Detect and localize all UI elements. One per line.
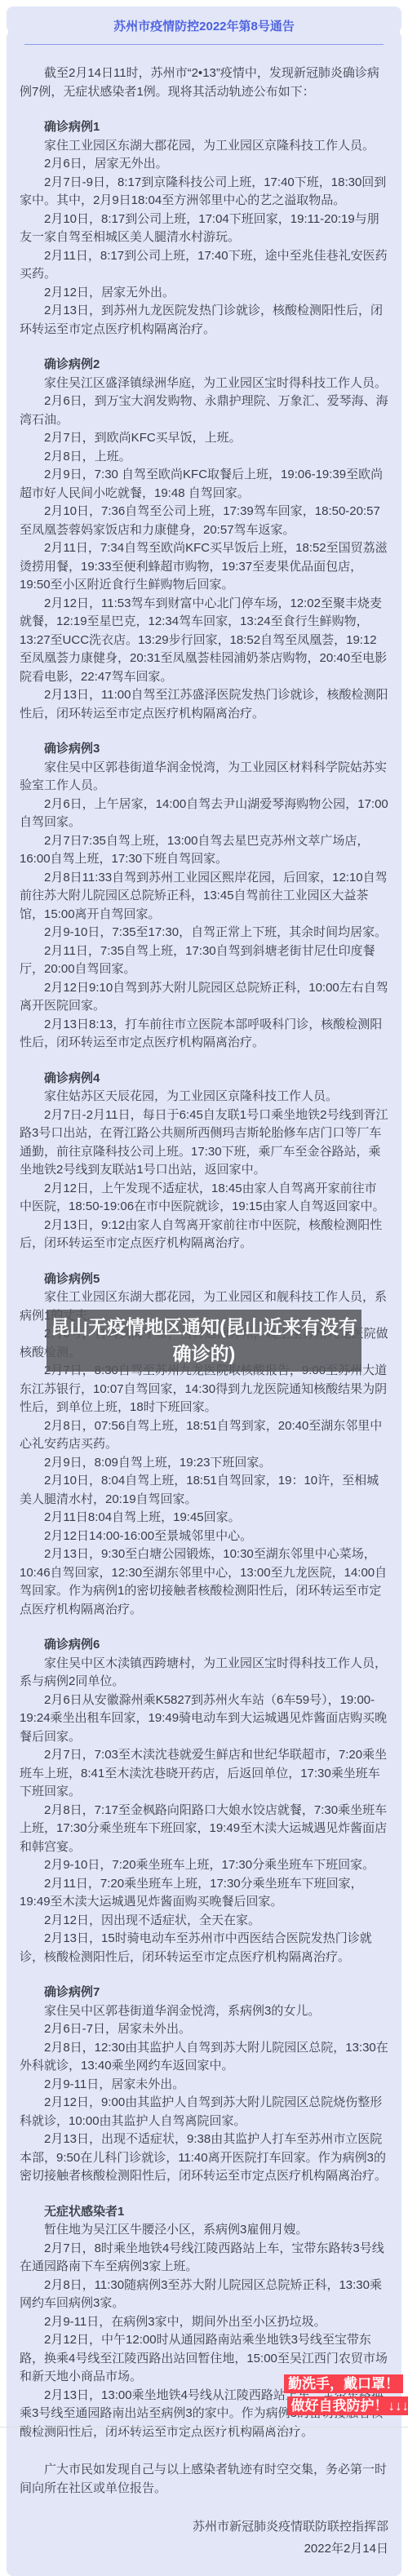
notice-card: 苏州市疫情防控2022年第8号通告 截至2月14日11时，苏州市“2•13”疫情… xyxy=(7,7,401,2576)
track-paragraph: 2月9日，8:09自驾上班，19:23下班回家。 xyxy=(20,1454,388,1473)
track-paragraph: 家住吴中区木渎镇西跨塘村，为工业园区宝时得科技工作人员，系与病例2同单位。 xyxy=(20,1655,388,1691)
track-paragraph: 家住姑苏区天辰花园，为工业园区京隆科技工作人员。 xyxy=(20,1088,388,1106)
track-paragraph: 家住吴江区盛泽镇绿洲华庭，为工业园区宝时得科技工作人员。 xyxy=(20,375,388,393)
track-paragraph: 2月8日，12:30由其监护人自驾到苏大附儿院园区总院，13:30在外科就诊，1… xyxy=(20,2039,388,2076)
track-paragraph: 2月11日8:04自驾上班，19:45回家。 xyxy=(20,1509,388,1527)
case-section: 确诊病例1家住工业园区东湖大郡花园，为工业园区京隆科技工作人员。2月6日，居家无… xyxy=(20,118,388,339)
track-paragraph: 2月10日，7:36自驾至公司上班，17:39驾车回家，18:50-20:57至… xyxy=(20,503,388,539)
case-section: 确诊病例4家住姑苏区天辰花园，为工业园区京隆科技工作人员。2月7日-2月11日，… xyxy=(20,1070,388,1253)
track-paragraph: 家住吴中区郭巷街道华润金悦湾，为工业园区材料科学院姑苏实验室工作人员。 xyxy=(20,759,388,796)
track-paragraph: 2月11日，8:17到公司上班，17:40下班，途中至兆佳巷礼安医药买药。 xyxy=(20,247,388,284)
case-section: 确诊病例3家住吴中区郭巷街道华润金悦湾，为工业园区材料科学院姑苏实验室工作人员。… xyxy=(20,740,388,1053)
track-paragraph: 2月9-11日，居家未外出。 xyxy=(20,2076,388,2095)
track-paragraph: 2月9-10日，7:20乘坐班车上班，17:30分乘坐班车下班回家。 xyxy=(20,1856,388,1875)
track-paragraph: 2月11日，7:35自驾上班，17:30自驾到斜塘老街甘尼仕印度餐厅，20:00… xyxy=(20,942,388,979)
section-heading: 确诊病例7 xyxy=(20,1984,388,2002)
section-heading: 确诊病例2 xyxy=(20,356,388,375)
left-notch-decor xyxy=(0,25,8,38)
track-paragraph: 2月12日，9:00由其监护人自驾到苏大附儿院园区总院烧伤整形科就诊，10:00… xyxy=(20,2094,388,2130)
track-paragraph: 2月7日7:35自驾上班，13:00自驾去星巴克苏州文萃广场店，16:00自驾上… xyxy=(20,832,388,869)
track-paragraph: 2月12日，居家无外出。 xyxy=(20,284,388,303)
badge-wash-hands: 勤洗手，戴口罩！ xyxy=(284,2374,403,2393)
track-paragraph: 2月7日-2月11日，每日于6:45自友联1号口乘坐地铁2号线到胥江路3号口出站… xyxy=(20,1106,388,1180)
track-paragraph: 2月8日，11:30随病例3至苏大附儿院园区总院矫正科，13:30乘网约车回病例… xyxy=(20,2277,388,2313)
case-sections: 确诊病例1家住工业园区东湖大郡花园，为工业园区京隆科技工作人员。2月6日，居家无… xyxy=(20,118,388,2441)
track-paragraph: 暂住地为吴江区牛腰泾小区，系病例3雇佣月嫂。 xyxy=(20,2221,388,2240)
track-paragraph: 2月11日，7:34自驾至欧尚KFC买早饭后上班，18:52至国贸荔滋烫捞用餐，… xyxy=(20,539,388,595)
track-paragraph: 2月13日，15时骑电动车至苏州市中西医结合医院发热门诊就诊，核酸检测阳性后，闭… xyxy=(20,1930,388,1966)
track-paragraph: 2月13日，9:30至白塘公园锻炼，10:30至湖东邻里中心菜场，10:46自驾… xyxy=(20,1545,388,1619)
track-paragraph: 家住吴中区郭巷街道华润金悦湾，系病例3的女儿。 xyxy=(20,2002,388,2021)
track-paragraph: 2月7日，7:03至木渎沈巷就爱生鲜店和世纪华联超市，7:20乘坐班车上班，8:… xyxy=(20,1746,388,1802)
reminder-badges: 勤洗手，戴口罩！ 做好自我防护！↓↓↓ xyxy=(284,2374,408,2419)
track-paragraph: 2月10日，8:17到公司上班，17:04下班回家，19:11-20:19与朋友… xyxy=(20,211,388,247)
section-heading: 确诊病例3 xyxy=(20,740,388,759)
section-heading: 确诊病例4 xyxy=(20,1070,388,1088)
track-paragraph: 2月13日，出现不适症状，9:38由其监护人打车至苏州市立医院本部，9:50在儿… xyxy=(20,2130,388,2186)
right-notch-decor xyxy=(400,25,408,38)
track-paragraph: 2月6日，上午居家，14:00自驾去尹山湖爱琴海购物公园，17:00自驾回家。 xyxy=(20,796,388,832)
track-paragraph: 2月6日，居家无外出。 xyxy=(20,155,388,174)
bottom-divider xyxy=(0,2427,408,2427)
track-paragraph: 2月7日，8时乘坐地铁4号线江陵西路站上车，宝带东路转3号线在通园路南下车至病例… xyxy=(20,2240,388,2277)
track-paragraph: 2月9日，7:30 自驾至欧尚KFC取餐后上班，19:06-19:39至欧尚超市… xyxy=(20,466,388,503)
track-paragraph: 2月6日，到万宝大润发购物、永鼎护理院、万象汇、爱琴海、海湾石油。 xyxy=(20,392,388,429)
case-section: 确诊病例6家住吴中区木渎镇西跨塘村，为工业园区宝时得科技工作人员，系与病例2同单… xyxy=(20,1636,388,1966)
signature-date: 2022年2月14日 xyxy=(20,2538,388,2560)
track-paragraph: 2月13日，到苏州九龙医院发热门诊就诊，核酸检测阳性后，闭环转运至市定点医疗机构… xyxy=(20,302,388,339)
track-paragraph: 2月11日，7:20乘坐班车上班，17:30分乘坐班车下班回家，19:49至木渎… xyxy=(20,1875,388,1912)
track-paragraph: 2月13日8:13，打车前往市立医院本部呼吸科门诊，核酸检测阳性后，闭环转运至市… xyxy=(20,1016,388,1053)
intro-paragraph: 截至2月14日11时，苏州市“2•13”疫情中，发现新冠肺炎确诊病例7例，无症状… xyxy=(20,64,388,101)
track-paragraph: 2月8日11:33自驾到苏州工业园区熙岸花园，后回家，12:10自驾前往苏大附儿… xyxy=(20,869,388,924)
section-heading: 无症状感染者1 xyxy=(20,2203,388,2222)
track-paragraph: 2月8日，上班。 xyxy=(20,448,388,467)
track-paragraph: 家住工业园区东湖大郡花园，为工业园区京隆科技工作人员。 xyxy=(20,137,388,156)
section-heading: 确诊病例5 xyxy=(20,1270,388,1289)
closing-paragraph: 广大市民如发现自己与以上感染者轨迹有时空交集，务必第一时间向所在社区或单位报告。 xyxy=(20,2461,388,2498)
track-paragraph: 2月9-10日，7:35至17:30，自驾正常上下班，其余时间均居家。 xyxy=(20,924,388,942)
track-paragraph: 2月13日，9:12由家人自驾离开家前往市中医院，核酸检测阳性后，闭环转运至市定… xyxy=(20,1217,388,1253)
track-paragraph: 2月7日-9日，8:17到京隆科技公司上班，17:40下班，18:30回到家中。… xyxy=(20,174,388,211)
track-paragraph: 2月8日，07:56自驾上班，18:51自驾到家，20:40至湖东邻里中心礼安药… xyxy=(20,1417,388,1454)
signature-block: 苏州市新冠肺炎疫情联防联控指挥部 2022年2月14日 xyxy=(20,2516,388,2560)
signature-org: 苏州市新冠肺炎疫情联防联控指挥部 xyxy=(20,2516,388,2538)
section-heading: 确诊病例6 xyxy=(20,1636,388,1655)
track-paragraph: 2月12日，上午发现不适症状，18:45由家人自驾离开家前往市中医院，18:50… xyxy=(20,1180,388,1217)
overlay-title: 昆山无疫情地区通知(昆山近来有没有确诊的) xyxy=(47,1310,361,1372)
track-paragraph: 2月6日-7日，居家未外出。 xyxy=(20,2020,388,2039)
track-paragraph: 2月12日，因出现不适症状，全天在家。 xyxy=(20,1912,388,1931)
title-divider xyxy=(24,44,384,45)
track-paragraph: 2月6日从安徽滁州乘K5827到苏州火车站（6车59号），19:00-19:24… xyxy=(20,1691,388,1747)
case-section: 确诊病例2家住吴江区盛泽镇绿洲华庭，为工业园区宝时得科技工作人员。2月6日，到万… xyxy=(20,356,388,723)
track-paragraph: 2月10日，8:04自驾上班，18:51自驾回家，19：10许，至相城美人腿清水… xyxy=(20,1472,388,1509)
case-section: 确诊病例5家住工业园区东湖大郡花园，为工业园区和舰科技工作人员，系病例1的丈夫。… xyxy=(20,1270,388,1620)
track-paragraph: 2月7日，到欧尚KFC买早饭，上班。 xyxy=(20,429,388,448)
track-paragraph: 2月8日，7:17至金枫路向阳路口大娘水饺店就餐，7:30乘坐班车上班，17:3… xyxy=(20,1802,388,1857)
page-title: 苏州市疫情防控2022年第8号通告 xyxy=(20,16,388,36)
track-paragraph: 2月12日，11:53驾车到财富中心北门停车场，12:02至聚丰烧麦就餐，12:… xyxy=(20,595,388,687)
case-section: 确诊病例7家住吴中区郭巷街道华润金悦湾，系病例3的女儿。2月6日-7日，居家未外… xyxy=(20,1984,388,2186)
track-paragraph: 2月12日14:00-16:00至景城邻里中心。 xyxy=(20,1527,388,1546)
badge-self-protect: 做好自我防护！↓↓↓ xyxy=(287,2396,408,2415)
track-paragraph: 2月9-11日，在病例3家中，期间外出至小区扔垃圾。 xyxy=(20,2313,388,2332)
section-heading: 确诊病例1 xyxy=(20,118,388,137)
track-paragraph: 2月13日，11:00自驾至江苏盛泽医院发热门诊就诊，核酸检测阳性后，闭环转运至… xyxy=(20,686,388,723)
track-paragraph: 2月12日9:10自驾到苏大附儿院园区总院矫正科，10:00左右自驾离开医院回家… xyxy=(20,979,388,1016)
